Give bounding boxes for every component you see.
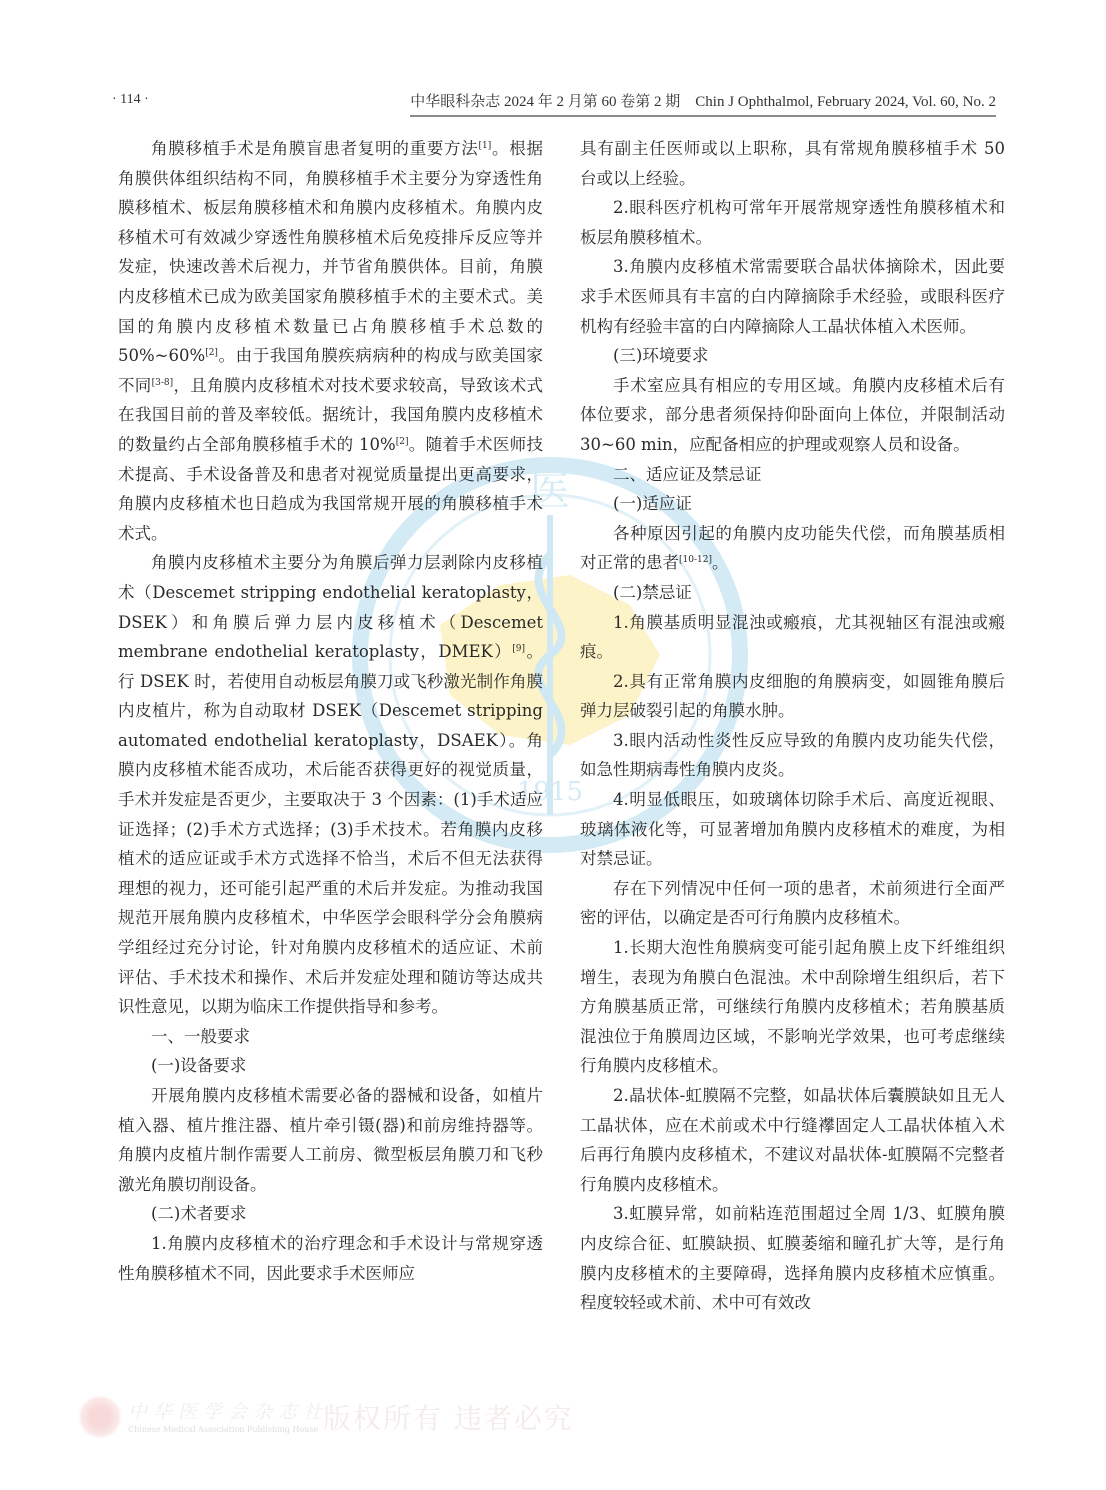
left-column: 角膜移植手术是角膜盲患者复明的重要方法[1]。根据角膜供体组织结构不同，角膜移植… (118, 134, 543, 1288)
citation: [10-12] (679, 555, 712, 565)
paragraph: 2.眼科医疗机构可常年开展常规穿透性角膜移植术和板层角膜移植术。 (580, 193, 1005, 252)
citation: [9] (512, 644, 525, 654)
paragraph: 1.长期大泡性角膜病变可能引起角膜上皮下纤维组织增生，表现为角膜白色混浊。术中刮… (580, 933, 1005, 1081)
paragraph: 4.明显低眼压，如玻璃体切除手术后、高度近视眼、玻璃体液化等，可显著增加角膜内皮… (580, 785, 1005, 874)
publisher-name-cn: 中华医学会杂志社 (128, 1397, 328, 1424)
paragraph: 存在下列情况中任何一项的患者，术前须进行全面严密的评估，以确定是否可行角膜内皮移… (580, 874, 1005, 933)
citation: [1] (479, 141, 492, 151)
publisher-name-en: Chinese Medical Association Publishing H… (128, 1425, 318, 1434)
section-heading: 一、一般要求 (118, 1022, 543, 1052)
citation: [2] (396, 437, 409, 447)
paragraph: 具有副主任医师或以上职称，具有常规角膜移植手术 50 台或以上经验。 (580, 134, 1005, 193)
subsection-heading: (二)术者要求 (118, 1199, 543, 1229)
subsection-heading: (三)环境要求 (580, 341, 1005, 371)
paragraph: 2.具有正常角膜内皮细胞的角膜病变，如圆锥角膜后弹力层破裂引起的角膜水肿。 (580, 667, 1005, 726)
paragraph: 角膜移植手术是角膜盲患者复明的重要方法[1]。根据角膜供体组织结构不同，角膜移植… (118, 134, 543, 548)
paragraph: 3.眼内活动性炎性反应导致的角膜内皮功能失代偿，如急性期病毒性角膜内皮炎。 (580, 726, 1005, 785)
paragraph: 各种原因引起的角膜内皮功能失代偿，而角膜基质相对正常的患者[10-12]。 (580, 519, 1005, 578)
page-number: · 114 · (112, 92, 149, 108)
right-column: 具有副主任医师或以上职称，具有常规角膜移植手术 50 台或以上经验。 2.眼科医… (580, 134, 1005, 1318)
flower-logo-icon (78, 1395, 122, 1439)
paragraph: 开展角膜内皮移植术需要必备的器械和设备，如植片植入器、植片推注器、植片牵引镊(器… (118, 1081, 543, 1199)
paragraph: 手术室应具有相应的专用区域。角膜内皮移植术后有体位要求，部分患者须保持仰卧面向上… (580, 371, 1005, 460)
paragraph: 3.角膜内皮移植术常需要联合晶状体摘除术，因此要求手术医师具有丰富的白内障摘除手… (580, 252, 1005, 341)
citation: [2] (205, 348, 218, 358)
copyright-notice: 版权所有 违者必究 (323, 1397, 574, 1437)
page-header: · 114 · 中华眼科杂志 2024 年 2 月第 60 卷第 2 期 Chi… (0, 88, 1106, 118)
paragraph: 角膜内皮移植术主要分为角膜后弹力层剥除内皮移植术（Descemet stripp… (118, 548, 543, 1022)
running-head: 中华眼科杂志 2024 年 2 月第 60 卷第 2 期 Chin J Opht… (410, 90, 996, 117)
paragraph: 2.晶状体-虹膜隔不完整，如晶状体后囊膜缺如且无人工晶状体，应在术前或术中行缝襻… (580, 1081, 1005, 1199)
section-heading: 二、适应证及禁忌证 (580, 460, 1005, 490)
subsection-heading: (二)禁忌证 (580, 578, 1005, 608)
paragraph: 1.角膜内皮移植术的治疗理念和手术设计与常规穿透性角膜移植术不同，因此要求手术医… (118, 1229, 543, 1288)
citation: [3-8] (152, 378, 174, 388)
paragraph: 1.角膜基质明显混浊或瘢痕，尤其视轴区有混浊或瘢痕。 (580, 608, 1005, 667)
subsection-heading: (一)设备要求 (118, 1051, 543, 1081)
publisher-watermark: 中华医学会杂志社 Chinese Medical Association Pub… (78, 1395, 578, 1445)
paragraph: 3.虹膜异常，如前粘连范围超过全周 1/3、虹膜角膜内皮综合征、虹膜缺损、虹膜萎… (580, 1199, 1005, 1317)
subsection-heading: (一)适应证 (580, 489, 1005, 519)
